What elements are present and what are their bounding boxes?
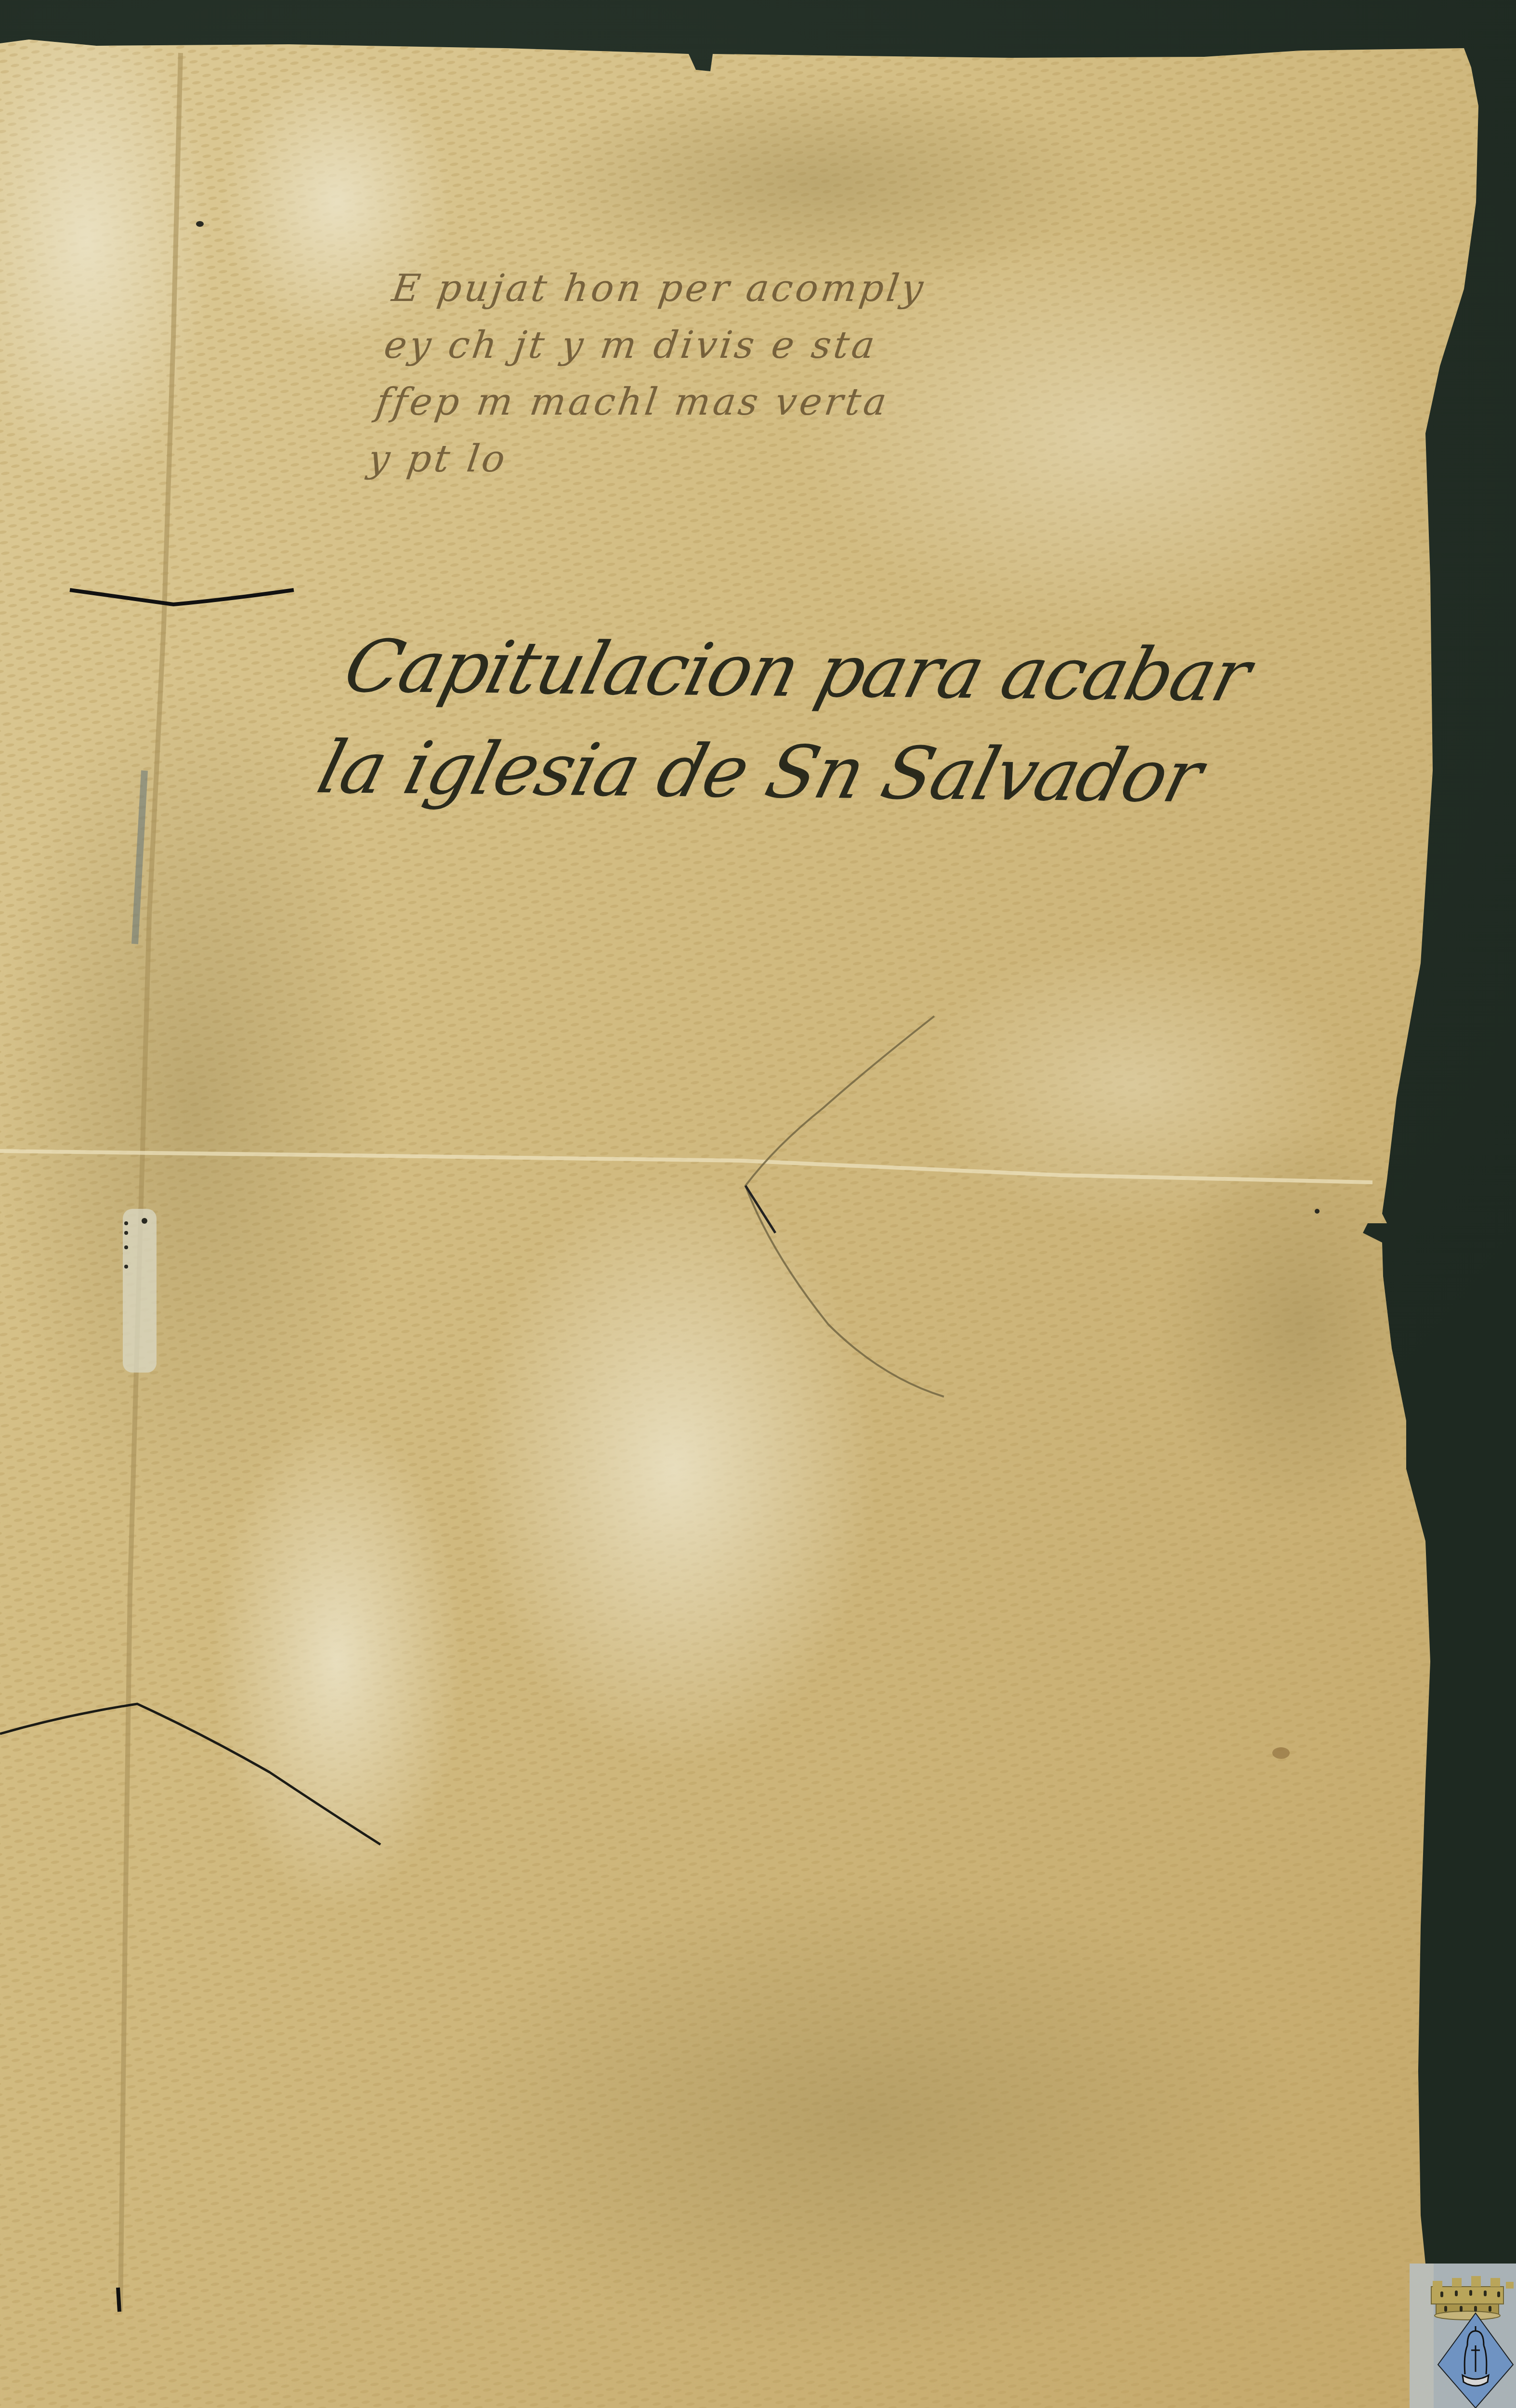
old-note-line: E pujat hon per acomply [389, 260, 1264, 317]
endorsement-title: Capitulacion para acabar la iglesia de S… [307, 616, 1369, 829]
endorsement-line: la iglesia de Sn Salvador [307, 717, 1342, 829]
old-note-line: ey ch jt y m divis e sta [380, 317, 1255, 374]
old-gothic-note: E pujat hon per acomply ey ch jt y m div… [365, 260, 1263, 487]
endorsement-line: Capitulacion para acabar [334, 616, 1369, 728]
coat-of-arms-emblem [1410, 2264, 1516, 2408]
old-note-line: y pt lo [365, 431, 1240, 487]
old-note-line: ffep m machl mas verta [372, 374, 1247, 431]
